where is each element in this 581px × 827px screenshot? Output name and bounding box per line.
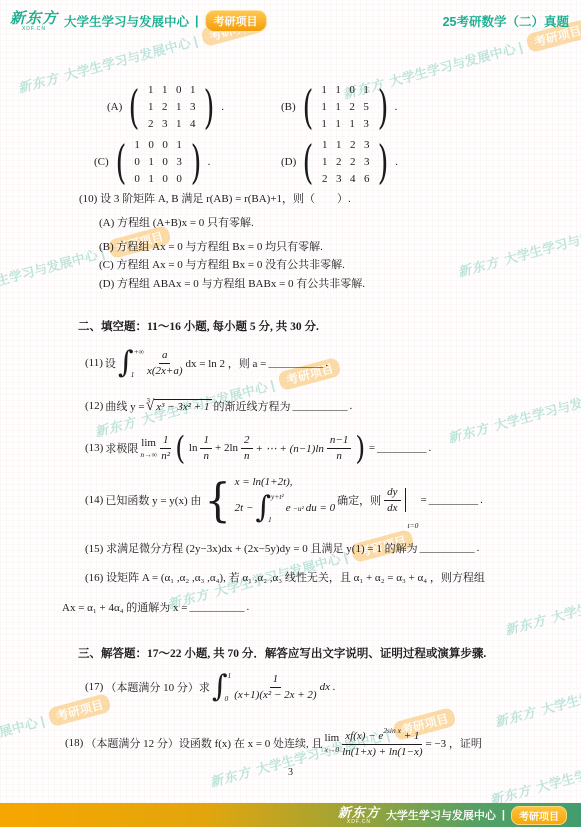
question-16-line-2: Ax = α₁ + 4α₄ 的通解为 x = __________ .	[62, 599, 249, 614]
numerator: 1	[200, 434, 212, 449]
matrix-cell: 2	[350, 154, 356, 171]
text: ln	[189, 442, 198, 454]
watermark-logo: 新东方	[446, 417, 492, 446]
matrix-cell: 1	[176, 116, 182, 133]
xdf-logo-text: 新东方	[338, 806, 380, 819]
page-number: 3	[0, 767, 581, 778]
brand-divider: |	[195, 14, 199, 28]
text: (D) 方程组 ABAx = 0 与方程组 BABx = 0 有公共非零解.	[99, 275, 365, 291]
matrix-left-paren: (	[302, 82, 313, 132]
matrix-cell: 0	[349, 82, 355, 99]
denominator: n	[244, 449, 250, 463]
lower-limit: 1	[268, 516, 284, 524]
question-17: (17) （本题满分 10 分）求 ∫ 1 0 1 (x+1)(x² − 2x …	[85, 670, 335, 704]
question-10-option-c: (C) 方程组 Ax = 0 与方程组 Bx = 0 没有公共非零解.	[99, 256, 345, 271]
text: 2t −	[235, 502, 254, 514]
matrix-right-paren: )	[377, 82, 388, 132]
question-label: (18)	[65, 737, 83, 749]
lim-subscript: n→∞	[140, 451, 157, 459]
integral: ∫ 1 0	[212, 671, 231, 703]
integral: ∫ +∞ 1	[118, 347, 144, 379]
matrix-cell: 3	[364, 137, 370, 154]
derivative-fraction: dy dx	[384, 486, 400, 514]
text: 求极限	[105, 440, 138, 456]
footer-divider: |	[502, 809, 505, 821]
matrix-cell: 3	[190, 99, 196, 116]
text: dx = ln 2 ，则 a =	[186, 355, 267, 371]
radicand: x³ − 3x² + 1	[154, 399, 211, 414]
matrix-cell: 3	[363, 116, 369, 133]
watermark-logo: 新东方	[503, 609, 549, 638]
matrix-cell: 1	[176, 137, 182, 154]
watermark-text: 大学生学习与发展中心 |	[0, 242, 106, 296]
xdf-logo: 新东方 XDF.CN	[10, 11, 58, 32]
section-3-heading: 三、解答题：17～22 小题, 共 70 分．解答应写出文字说明、证明过程或演算…	[78, 645, 486, 660]
system-brace: {	[205, 477, 231, 523]
question-label: (14)	[85, 494, 103, 506]
watermark: 新东方大学生学习与发展中心 |考研项目	[493, 647, 581, 731]
matrix-cell: 1	[148, 154, 154, 171]
matrix-grid: 110112132314	[143, 82, 200, 133]
watermark: 新东方大学生学习与发展中心 |考研项目	[456, 197, 581, 281]
upper-limit: y+t²	[271, 493, 284, 501]
integral-limits: +∞ 1	[134, 347, 144, 379]
question-10-option-d: (D) 方程组 ABAx = 0 与方程组 BABx = 0 有公共非零解.	[99, 275, 365, 290]
text: = −3 ，证明	[426, 735, 482, 751]
matrix-cell: 0	[162, 154, 168, 171]
text: 设	[105, 355, 116, 371]
matrix-cell: 2	[336, 154, 342, 171]
numerator: a	[159, 349, 171, 364]
upper-limit: 1	[227, 672, 231, 680]
text: 曲线 y =	[105, 398, 144, 414]
matrix-grid: 110111251113	[317, 82, 374, 133]
limit: lim n→∞	[140, 438, 157, 459]
matrix-cell: 4	[350, 171, 356, 188]
matrix-cell: 1	[349, 116, 355, 133]
matrix-cell: 2	[350, 137, 356, 154]
matrix-cell: 1	[322, 154, 328, 171]
xdf-logo-text: 新东方	[10, 11, 58, 26]
integral-limits: y+t² 1	[271, 492, 284, 524]
limit: lim x→0	[325, 733, 340, 754]
text: 的渐近线方程为	[214, 398, 291, 414]
matrix-cell: 1	[321, 99, 327, 116]
watermark-text: 大学生学习与发展中心 |	[549, 572, 581, 626]
matrix-cell: 2	[162, 99, 168, 116]
header: 新东方 XDF.CN 大学生学习与发展中心 | 考研项目 25考研数学（二）真题	[10, 10, 569, 32]
watermark: 新东方大学生学习与发展中心 |考研项目	[503, 555, 581, 639]
matrix-cell: 1	[321, 116, 327, 133]
text: (10) 设 3 阶矩阵 A, B 满足 r(AB) = r(BA)+1，则（ …	[79, 190, 351, 206]
matrix-cell: 1	[162, 82, 168, 99]
matrix-cell: 3	[162, 116, 168, 133]
equation-1: x = ln(1+2t),	[235, 476, 293, 488]
matrix-cell: 0	[148, 137, 154, 154]
text: .	[221, 101, 224, 113]
xdf-logo-url: XDF.CN	[347, 820, 371, 825]
matrix-cell: 3	[364, 154, 370, 171]
text: 二、填空题：11～16 小题, 每小题 5 分, 共 30 分.	[78, 318, 319, 334]
matrix-cell: 1	[148, 82, 154, 99]
matrix-cell: 2	[322, 171, 328, 188]
numerator: xf(x) − e2sin x + 1	[342, 727, 422, 745]
fraction: n−1 n	[327, 434, 351, 462]
numerator: 1	[160, 434, 172, 449]
question-18: (18) （本题满分 12 分）设函数 f(x) 在 x = 0 处连续, 且 …	[65, 726, 482, 760]
question-14: (14) 已知函数 y = y(x) 由 { x = ln(1+2t), 2t …	[85, 474, 483, 526]
matrix-cell: 3	[176, 154, 182, 171]
text: (16) 设矩阵 A = (α₁ ,α₂ ,α₃ ,α₄), 若 α₁ ,α₂ …	[85, 569, 485, 585]
text: xf(x) − e	[345, 730, 383, 742]
lower-limit: 1	[131, 371, 144, 379]
matrix-cell: 1	[336, 137, 342, 154]
text: (15) 求满足微分方程 (2y−3x)dx + (2x−5y)dy = 0 且…	[85, 540, 418, 556]
matrix-cell: 0	[176, 171, 182, 188]
matrix-cell: 6	[364, 171, 370, 188]
answer-blank: __________	[420, 542, 475, 554]
option-label: (A)	[107, 101, 122, 113]
text: =	[420, 494, 426, 506]
text: .	[477, 542, 480, 554]
matrix-cell: 0	[134, 154, 140, 171]
text: .	[395, 101, 398, 113]
denominator: dx	[387, 501, 397, 515]
text: .	[350, 400, 353, 412]
watermark-text: 大学生学习与发展中心 |	[492, 380, 581, 434]
root-index: 3	[147, 397, 151, 405]
text: du = 0	[306, 502, 335, 514]
question-12: (12) 曲线 y = 3 √ x³ − 3x² + 1 的渐近线方程为 ___…	[85, 396, 352, 416]
text: .	[395, 156, 398, 168]
watermark-logo: 新东方	[456, 251, 502, 280]
doc-title: 25考研数学（二）真题	[443, 12, 569, 30]
fraction: 2 n	[241, 434, 253, 462]
watermark-text: 大学生学习与发展中心 |	[0, 710, 46, 764]
denominator: n	[203, 449, 209, 463]
matrix: ( 110111251113 )	[299, 82, 392, 133]
matrix-right-paren: )	[204, 82, 215, 132]
numerator: n−1	[327, 434, 351, 449]
numerator: dy	[384, 486, 400, 501]
answer-blank: __________	[268, 357, 323, 369]
question-label: (11)	[85, 357, 103, 369]
matrix-cell: 1	[363, 82, 369, 99]
text: .	[208, 156, 211, 168]
matrix-right-paren: )	[190, 137, 201, 187]
xdf-logo-footer: 新东方 XDF.CN	[338, 806, 380, 825]
matrix-cell: 2	[349, 99, 355, 116]
text: (B) 方程组 Ax = 0 与方程组 Bx = 0 均只有零解.	[99, 238, 323, 254]
text: dx .	[320, 681, 336, 693]
answer-blank: __________	[190, 601, 245, 613]
matrix-cell: 1	[176, 99, 182, 116]
option-matrix-C: (C) ( 100101030100 ) .	[94, 134, 210, 190]
watermark-text: 大学生学习与发展中心 |	[62, 30, 199, 84]
answer-blank: __________	[293, 400, 348, 412]
fraction: a x(2x+a)	[147, 349, 183, 377]
matrix-cell: 3	[336, 171, 342, 188]
text: + 2ln	[215, 442, 238, 454]
fraction: xf(x) − e2sin x + 1 ln(1+x) + ln(1−x)	[342, 727, 422, 758]
matrix-cell: 5	[363, 99, 369, 116]
matrix-cell: 1	[335, 82, 341, 99]
watermark: 新东方大学生学习与发展中心 |考研项目	[446, 363, 581, 447]
answer-blank: _________	[429, 494, 479, 506]
watermark-logo: 新东方	[493, 701, 539, 730]
lower-limit: 0	[224, 695, 231, 703]
matrix-cell: 2	[148, 116, 154, 133]
cube-root: 3 √ x³ − 3x² + 1	[147, 399, 212, 414]
question-label: (12)	[85, 400, 103, 412]
integral: ∫ y+t² 1	[255, 492, 283, 524]
matrix-left-paren: (	[129, 82, 140, 132]
matrix-grid: 100101030100	[130, 137, 187, 188]
matrix: ( 100101030100 )	[112, 137, 205, 188]
text: .	[429, 442, 432, 454]
equation-system: x = ln(1+2t), 2t − ∫ y+t² 1 e−u² du = 0	[235, 476, 336, 524]
matrix-right-paren: )	[378, 137, 389, 187]
xdf-logo-url: XDF.CN	[22, 27, 46, 32]
upper-limit: +∞	[134, 348, 144, 356]
text: 三、解答题：17～22 小题, 共 70 分．解答应写出文字说明、证明过程或演算…	[78, 645, 486, 661]
integral-limits: 1 0	[227, 671, 231, 703]
section-2-heading: 二、填空题：11～16 小题, 每小题 5 分, 共 30 分.	[78, 318, 319, 333]
matrix-left-paren: (	[303, 137, 314, 187]
right-paren: )	[356, 432, 366, 464]
evaluation-subscript: t=0	[408, 521, 419, 530]
watermark-logo: 新东方	[16, 67, 62, 96]
matrix-cell: 0	[162, 137, 168, 154]
text: e	[286, 502, 291, 514]
equation-2: 2t − ∫ y+t² 1 e−u² du = 0	[235, 492, 336, 524]
text: 确定，则	[337, 492, 381, 508]
matrix-cell: 0	[162, 171, 168, 188]
question-11: (11) 设 ∫ +∞ 1 a x(2x+a) dx = ln 2 ，则 a =…	[85, 346, 328, 380]
fraction: 1 n	[200, 434, 212, 462]
matrix: ( 112312232346 )	[299, 137, 392, 188]
matrix-cell: 1	[335, 99, 341, 116]
matrix-cell: 0	[134, 171, 140, 188]
question-10-option-a: (A) 方程组 (A+B)x = 0 只有零解.	[99, 214, 254, 229]
text: + ⋯ + (n−1)ln	[256, 442, 324, 455]
matrix-cell: 0	[176, 82, 182, 99]
text: （本题满分 10 分）求	[105, 679, 210, 695]
text: Ax = α₁ + 4α₄ 的通解为 x =	[62, 599, 188, 615]
matrix-cell: 4	[190, 116, 196, 133]
option-matrix-A: (A) ( 110112132314 ) .	[107, 79, 224, 135]
kaoyan-project-badge: 考研项目	[205, 10, 267, 32]
lim-word: lim	[141, 438, 156, 449]
matrix-cell: 1	[321, 82, 327, 99]
watermark-text: 大学生学习与发展中心 |	[502, 214, 581, 268]
option-matrix-B: (B) ( 110111251113 ) .	[281, 79, 397, 135]
option-label: (C)	[94, 156, 109, 168]
matrix-cell: 1	[190, 82, 196, 99]
matrix-cell: 1	[134, 137, 140, 154]
text: =	[369, 442, 375, 454]
exponent: −u²	[293, 504, 304, 513]
text: .	[247, 601, 250, 613]
text: （本题满分 12 分）设函数 f(x) 在 x = 0 处连续, 且	[85, 735, 322, 751]
denominator: x(2x+a)	[147, 364, 183, 378]
brand: 新东方 XDF.CN 大学生学习与发展中心 | 考研项目	[10, 10, 267, 32]
text: + 1	[404, 730, 420, 742]
kaoyan-project-badge-footer: 考研项目	[511, 806, 567, 825]
fraction: 1 (x+1)(x² − 2x + 2)	[234, 673, 316, 701]
text: .	[480, 494, 483, 506]
matrix: ( 110112132314 )	[125, 82, 218, 133]
denominator: n	[336, 449, 342, 463]
matrix-cell: 1	[322, 137, 328, 154]
denominator: ln(1+x) + ln(1−x)	[342, 745, 422, 759]
option-label: (B)	[281, 101, 296, 113]
matrix-grid: 112312232346	[317, 137, 374, 188]
matrix-left-paren: (	[115, 137, 126, 187]
lim-word: lim	[325, 733, 340, 744]
option-matrix-D: (D) ( 112312232346 ) .	[281, 134, 398, 190]
text: (C) 方程组 Ax = 0 与方程组 Bx = 0 没有公共非零解.	[99, 256, 345, 272]
matrix-cell: 1	[335, 116, 341, 133]
exam-page: 新东方大学生学习与发展中心 |考研项目新东方大学生学习与发展中心 |考研项目新东…	[0, 0, 581, 827]
answer-blank: _________	[377, 442, 427, 454]
denominator: (x+1)(x² − 2x + 2)	[234, 688, 316, 702]
left-paren: (	[176, 432, 186, 464]
matrix-cell: 1	[148, 99, 154, 116]
question-10-option-b: (B) 方程组 Ax = 0 与方程组 Bx = 0 均只有零解.	[99, 238, 323, 253]
evaluation-bar	[405, 488, 406, 512]
text: .	[325, 357, 328, 369]
text: 已知函数 y = y(x) 由	[105, 492, 201, 508]
numerator: 1	[270, 673, 282, 688]
option-label: (D)	[281, 156, 296, 168]
matrix-cell: 1	[148, 171, 154, 188]
exponent: 2sin x	[383, 726, 401, 735]
numerator: 2	[241, 434, 253, 449]
fraction: 1 n²	[160, 434, 172, 462]
question-10-stem: (10) 设 3 阶矩阵 A, B 满足 r(AB) = r(BA)+1，则（ …	[79, 190, 351, 206]
denominator: n²	[161, 449, 170, 463]
watermark-text: 大学生学习与发展中心 |	[387, 36, 524, 90]
watermark-text: 大学生学习与发展中心 |	[539, 664, 581, 718]
question-16-line-1: (16) 设矩阵 A = (α₁ ,α₂ ,α₃ ,α₄), 若 α₁ ,α₂ …	[85, 569, 485, 584]
question-13: (13) 求极限 lim n→∞ 1 n² ( ln 1 n + 2ln 2 n…	[85, 430, 431, 466]
question-15: (15) 求满足微分方程 (2y−3x)dx + (2x−5y)dy = 0 且…	[85, 540, 479, 555]
text: (A) 方程组 (A+B)x = 0 只有零解.	[99, 214, 254, 230]
question-label: (17)	[85, 681, 103, 693]
question-label: (13)	[85, 442, 103, 454]
brand-center-text: 大学生学习与发展中心	[64, 12, 189, 30]
lim-subscript: x→0	[325, 746, 340, 754]
footer: 新东方 XDF.CN 大学生学习与发展中心 | 考研项目	[0, 803, 581, 827]
footer-center-text: 大学生学习与发展中心	[386, 807, 496, 823]
